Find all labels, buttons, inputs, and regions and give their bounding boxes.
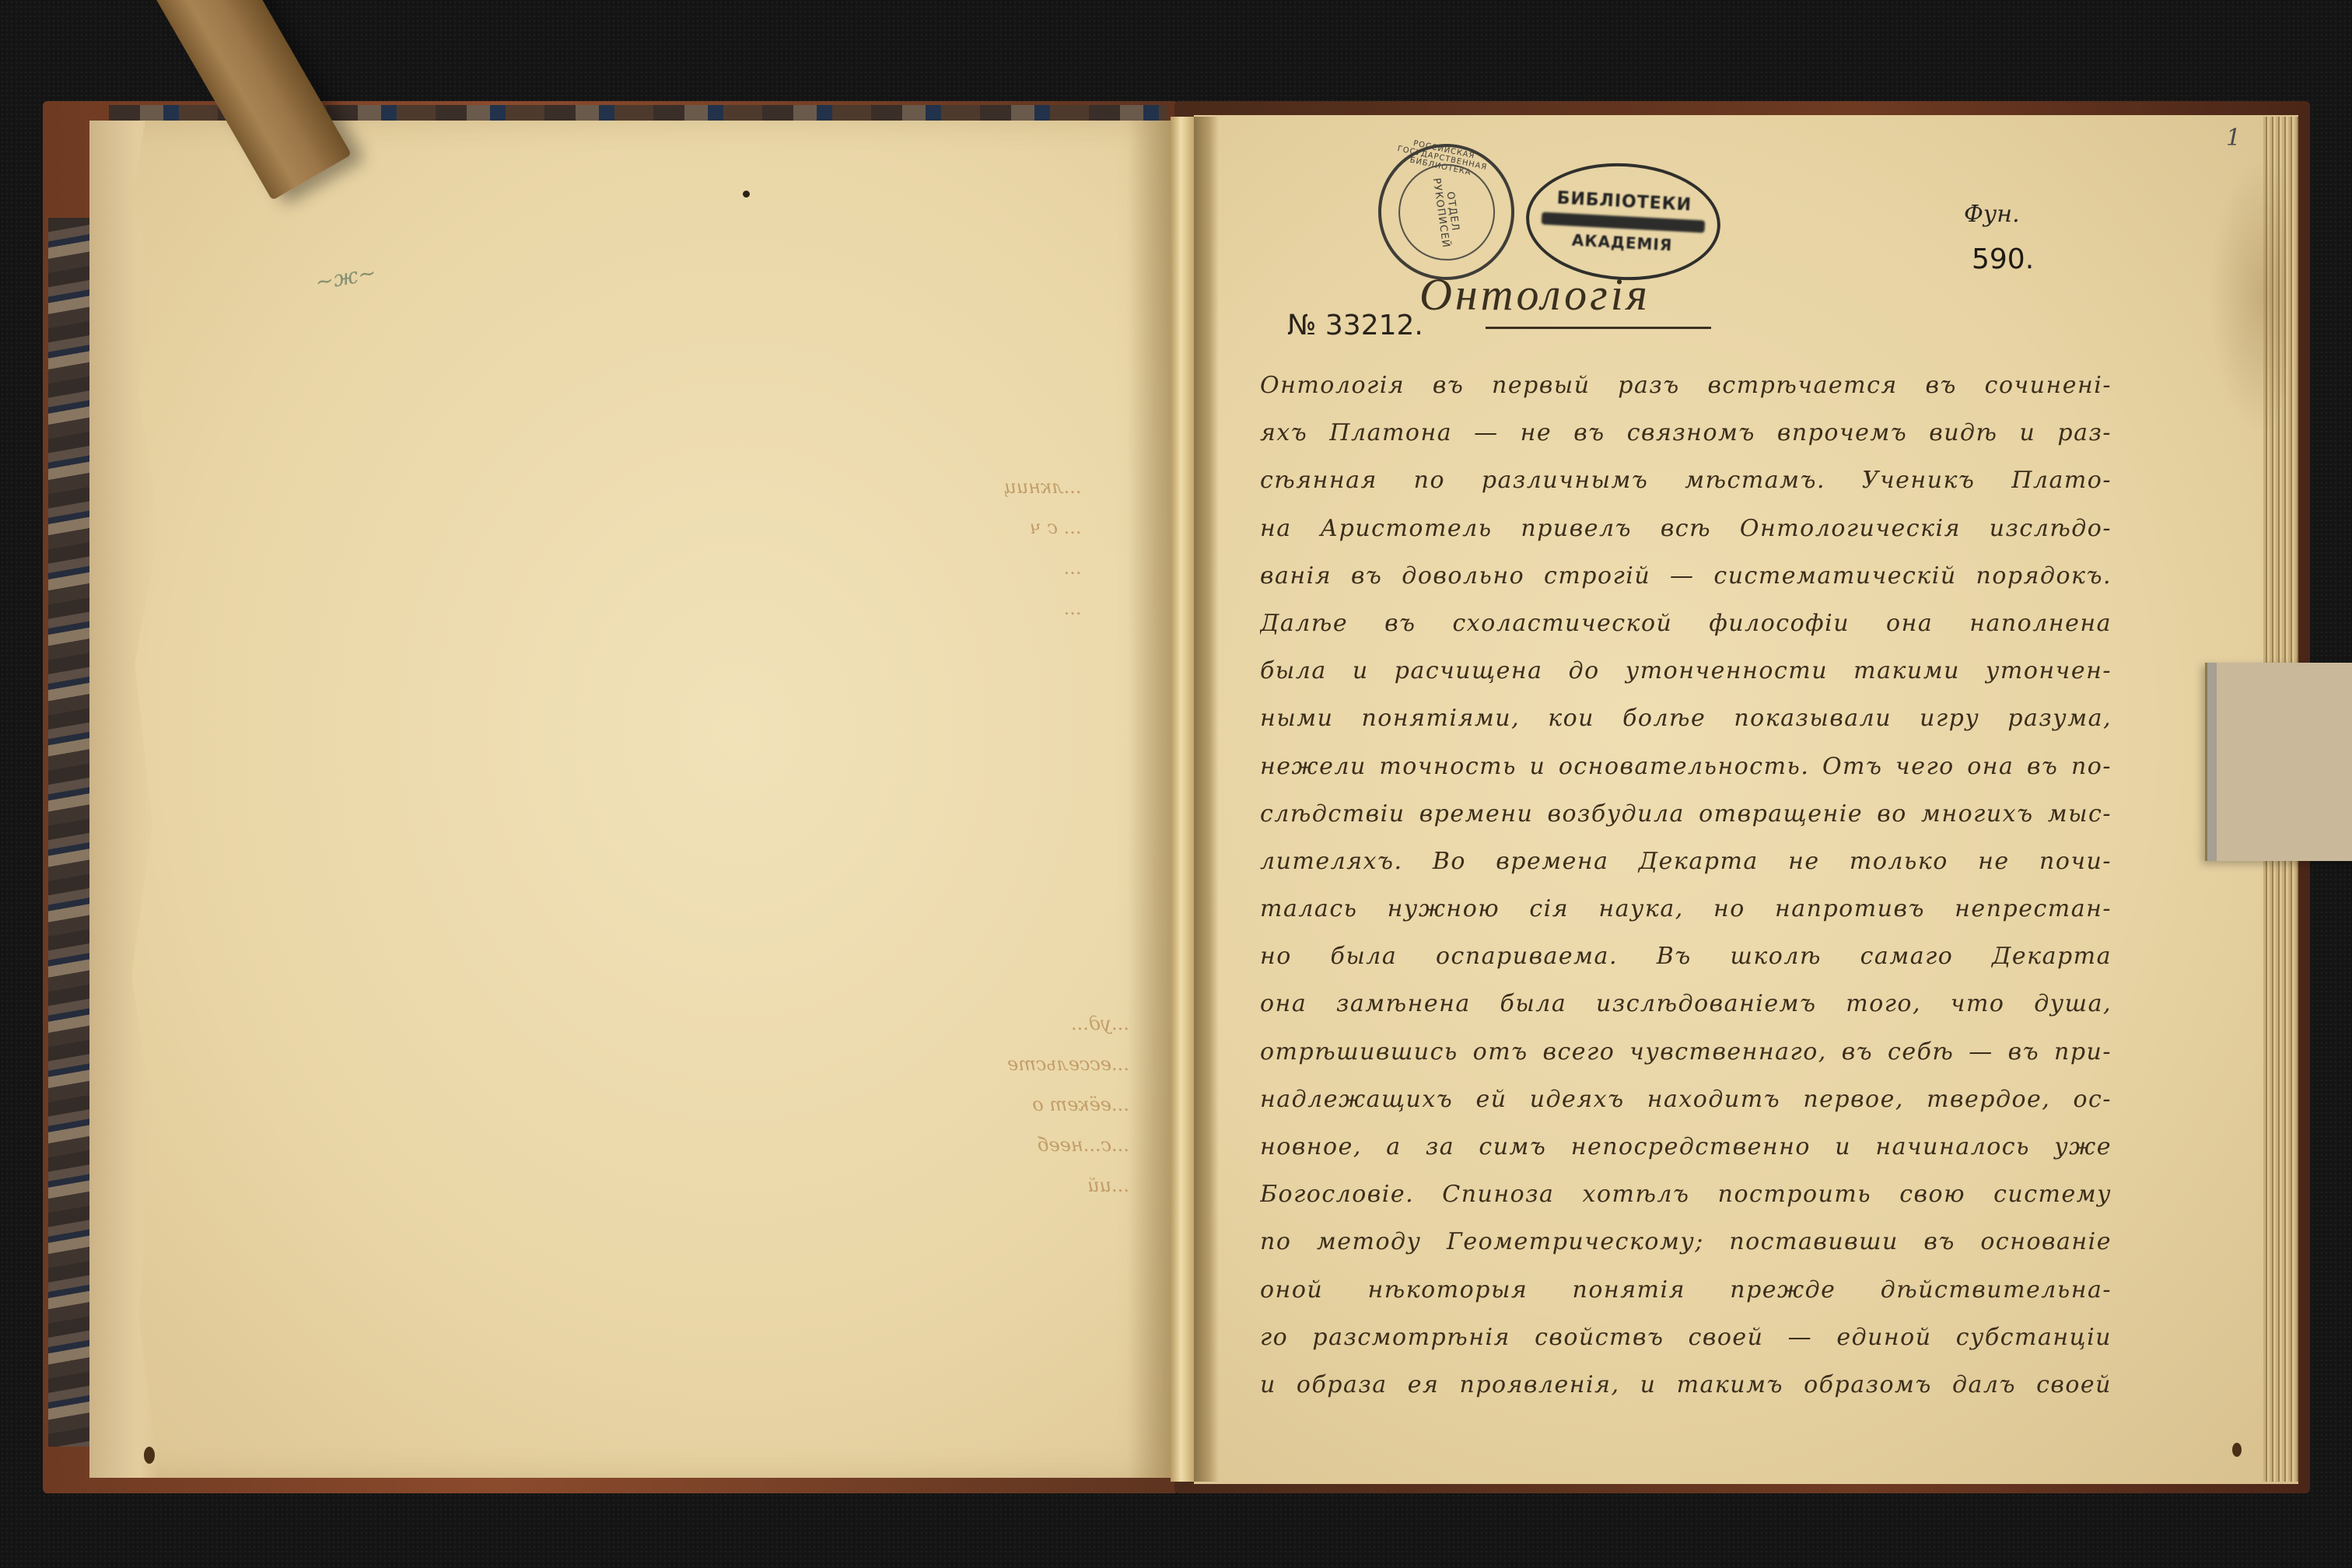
spine-fold (1171, 117, 1194, 1482)
text-line: го разсмотрѣнія свойствъ своей — единой … (1260, 1314, 2112, 1361)
manuscript-body: Онтологія въ первый разъ встрѣчается въ … (1260, 362, 2112, 1409)
ink-spot (743, 191, 750, 198)
offset-line: ...ий (1007, 1165, 1129, 1206)
gutter-shadow (1128, 121, 1171, 1478)
offset-line: ... с ч (1003, 507, 1082, 548)
text-line: сѣянная по различнымъ мѣстамъ. Ученикъ П… (1260, 457, 2112, 504)
text-line: яхъ Платона — не въ связномъ впрочемъ ви… (1260, 409, 2112, 457)
text-line: была и расчищена до утонченности такими … (1260, 647, 2112, 695)
folio-number: 1 (2226, 124, 2241, 152)
offset-line: ...с...нееб (1007, 1125, 1129, 1165)
offset-line: ...уд... (1007, 1003, 1129, 1044)
stamp-smudged-band (1542, 212, 1706, 233)
text-line: надлежащихъ ей идеяхъ находитъ первое, т… (1260, 1076, 2112, 1123)
stain-spot (144, 1447, 155, 1464)
text-line: она замѣнена была изслѣдованіемъ того, ч… (1260, 980, 2112, 1027)
text-line: слѣдствіи времени возбудила отвращеніе в… (1260, 790, 2112, 838)
text-line: талась нужною сія наука, но напротивъ не… (1260, 885, 2112, 933)
offset-line: ...еёкет о (1007, 1084, 1129, 1125)
offset-bleed-through-lower: ...уд... ...ессельсте ...еёкет о ...с...… (1007, 1003, 1129, 1206)
text-line: оной нѣкоторыя понятія прежде дѣйствител… (1260, 1266, 2112, 1314)
text-line: по методу Геометрическому; поставивши въ… (1260, 1218, 2112, 1265)
offset-line: ...ессельсте (1007, 1044, 1129, 1084)
title-underline (1486, 327, 1711, 329)
left-page-flyleaf (89, 121, 1171, 1478)
text-line: ванія въ довольно строгій — систематичес… (1260, 552, 2112, 600)
text-line: лителяхъ. Во времена Декарта не только н… (1260, 838, 2112, 885)
text-line: но была оспариваема. Въ школѣ самаго Дек… (1260, 933, 2112, 980)
text-line: нежели точность и основательность. Отъ ч… (1260, 743, 2112, 790)
stamp-line: АКАДЕМІЯ (1571, 230, 1673, 254)
text-line: новное, а за симъ непосредственно и начи… (1260, 1123, 2112, 1171)
text-line: Далѣе въ схоластической философіи она на… (1260, 600, 2112, 647)
spine-shadow (1194, 117, 1219, 1482)
inventory-number: № 33212. (1287, 310, 1423, 341)
text-line: Онтологія въ первый разъ встрѣчается въ … (1260, 362, 2112, 409)
text-line: ными понятіями, кои болѣе показывали игр… (1260, 695, 2112, 742)
text-line: на Аристотель привелъ всѣ Онтологическія… (1260, 505, 2112, 552)
stamp-line: БИБЛІОТЕКИ (1556, 188, 1692, 215)
ink-stain (2232, 1443, 2242, 1457)
offset-line: ... (1003, 588, 1082, 628)
text-line: и образа ея проявленія, и такимъ образом… (1260, 1361, 2112, 1409)
text-line: отрѣшившись отъ всего чувственнаго, въ с… (1260, 1028, 2112, 1076)
offset-line: ...лкниц (1003, 467, 1082, 507)
shelfmark-number: 590. (1972, 243, 2034, 275)
paper-bookmark-tab (2205, 663, 2352, 861)
shelfmark-label: Фун. (1964, 201, 2020, 228)
manuscript-title: Онтологія (1419, 268, 1650, 320)
text-line: Богословіе. Спиноза хотѣлъ построить сво… (1260, 1171, 2112, 1218)
offset-line: ... (1003, 548, 1082, 588)
offset-bleed-through-upper: ...лкниц ... с ч ... ... (1003, 467, 1082, 628)
water-stain (2209, 156, 2287, 436)
